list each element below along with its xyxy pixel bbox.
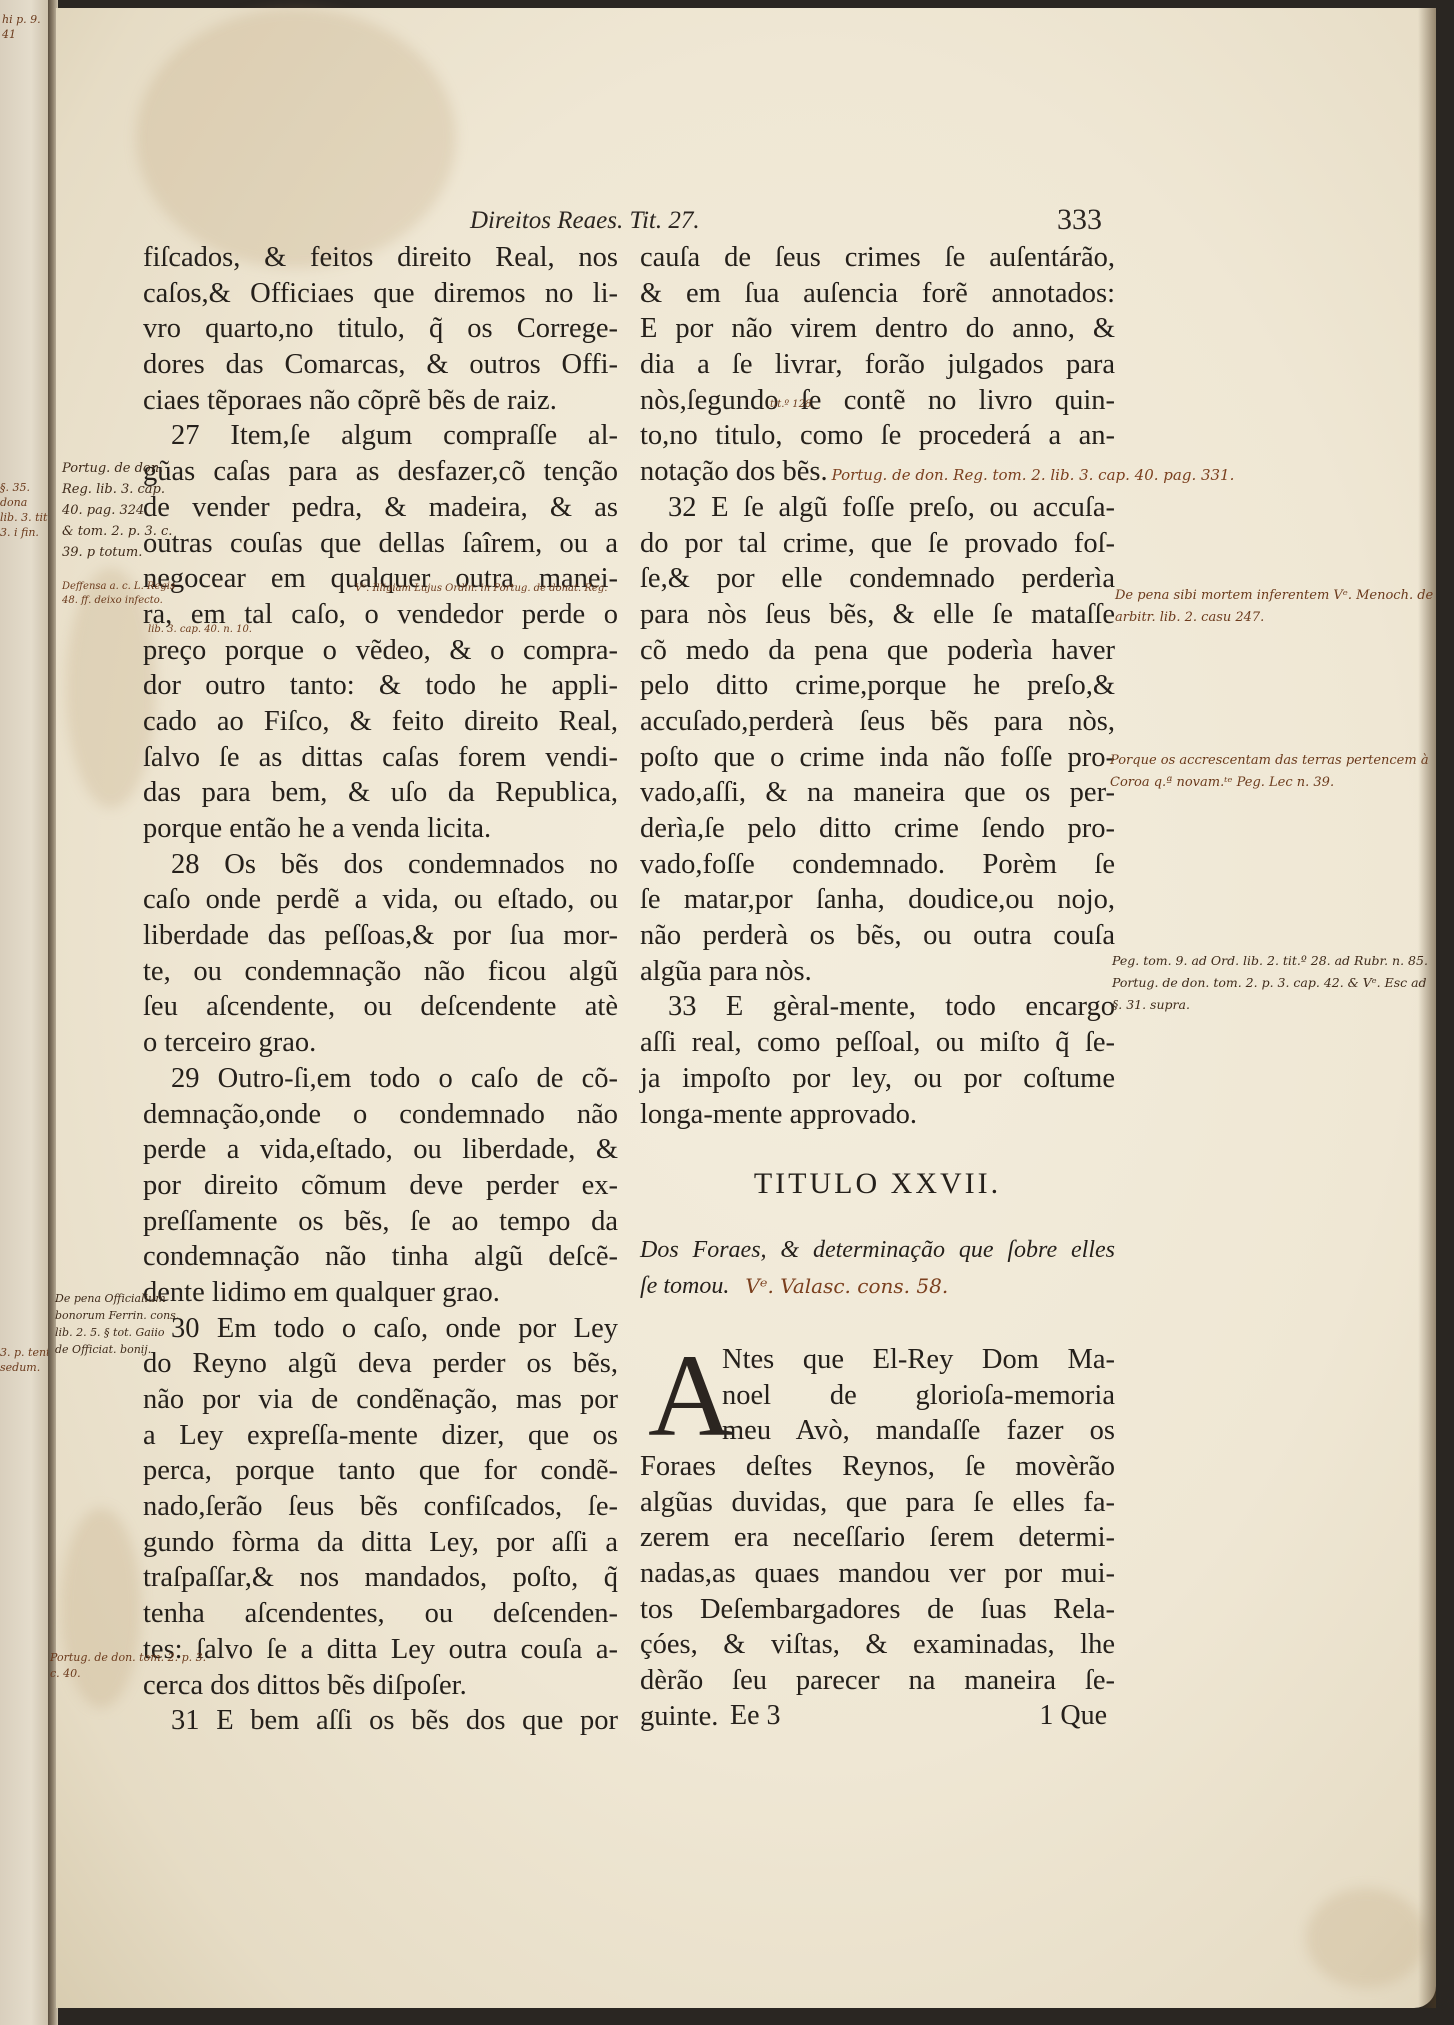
text-line: 33 E gèral-mente, todo encargo	[640, 989, 1115, 1025]
text-line-content: Ntes que El-Rey Dom Ma-	[722, 1344, 1115, 1375]
text-line: notação dos bẽs.Portug. de don. Reg. tom…	[640, 454, 1115, 490]
text-line: & em ſua auſencia forẽ annotados:	[640, 276, 1115, 312]
text-line: perde a vida,eſtado, ou liberdade, &	[143, 1132, 618, 1168]
text-line-content: noel de glorioſa-memoria	[722, 1380, 1115, 1411]
margin-note-inline-left-2b: lib. 3. cap. 40. n. 10.	[148, 620, 252, 640]
text-line-content: ſeu aſcendente, ou deſcendente atè	[143, 991, 618, 1022]
text-line: 32 E ſe algũ foſſe preſo, ou accuſa-	[640, 490, 1115, 526]
text-line: nadas,as quaes mandou ver por mui-	[640, 1556, 1115, 1592]
text-line-content: dia a ſe livrar, forão julgados para	[640, 349, 1115, 380]
text-line: tes: ſalvo ſe a ditta Ley outra couſa a-	[143, 1632, 618, 1668]
text-line-content: outras couſas que dellas ſaîrem, ou a	[143, 528, 618, 559]
text-line: derìa,ſe pelo ditto crime ſendo pro-	[640, 811, 1115, 847]
margin-note-inline-title: tit.º 128.	[770, 395, 815, 415]
text-line-content: perca, porque tanto que for condẽ-	[143, 1455, 618, 1486]
text-line: algũas duvidas, que para ſe elles fa-	[640, 1485, 1115, 1521]
text-line: accuſado,perderà ſeus bẽs para nòs,	[640, 704, 1115, 740]
text-line-content: aſſi real, como peſſoal, ou miſto q̃ ſe-	[640, 1027, 1115, 1058]
text-line-content: tos Deſembargadores de ſuas Rela-	[640, 1594, 1115, 1625]
text-line-content: 30 Em todo o caſo, onde por Ley	[171, 1313, 618, 1344]
margin-note-left-4: De pena Officialium bonorum Ferrin. cons…	[55, 1290, 179, 1358]
text-line: tos Deſembargadores de ſuas Rela-	[640, 1592, 1115, 1628]
text-line: ſalvo ſe as dittas caſas forem vendi-	[143, 740, 618, 776]
text-line-content: das para bem, & uſo da Republica,	[143, 777, 618, 808]
text-line-content: ſe matar,por ſanha, doudice,ou nojo,	[640, 884, 1115, 915]
text-line-content: não por via de condẽnação, mas por	[143, 1384, 618, 1415]
text-line-content: ſalvo ſe as dittas caſas forem vendi-	[143, 742, 618, 773]
text-line: 29 Outro-ſi,em todo o caſo de cõ-	[143, 1061, 618, 1097]
margin-note-inline-left-2a: Vᵉ. Illigiam Lujus Ordin. in Portug. de …	[355, 579, 607, 599]
text-line: perca, porque tanto que for condẽ-	[143, 1453, 618, 1489]
text-line-content: dèrão ſeu parecer na maneira ſe-	[640, 1665, 1115, 1696]
text-line-content: zerem era neceſſario ſerem determi-	[640, 1522, 1115, 1553]
text-line-content: vado,aſſi, & na maneira que os per-	[640, 777, 1115, 808]
section-heading: TITULO XXVII.	[640, 1166, 1115, 1206]
text-line-content: 28 Os bẽs dos condemnados no	[171, 849, 618, 880]
text-line-content: o terceiro grao.	[143, 1027, 316, 1058]
text-line-content: do Reyno algũ deva perder os bẽs,	[143, 1348, 618, 1379]
subtitle-handwritten-note: Vᵉ. Valasc. cons. 58.	[745, 1274, 948, 1298]
margin-note-left-3: Deffensa a. c. L. Regis 48. ff. deixo in…	[62, 580, 175, 608]
text-line-content: demnação,onde o condemnado não	[143, 1099, 618, 1130]
text-line: gũas caſas para as desfazer,cõ tenção	[143, 454, 618, 490]
text-line-content: dor outro tanto: & todo he appli-	[143, 670, 618, 701]
text-line-content: algũa para nòs.	[640, 956, 812, 987]
text-line-content: preſſamente os bẽs, ſe ao tempo da	[143, 1206, 618, 1237]
text-line: ſeu aſcendente, ou deſcendente atè	[143, 989, 618, 1025]
text-line: demnação,onde o condemnado não	[143, 1097, 618, 1133]
text-line: não por via de condẽnação, mas por	[143, 1382, 618, 1418]
text-line-content: dente lidimo em qualquer grao.	[143, 1277, 500, 1308]
text-line-content: pelo ditto crime,porque he preſo,&	[640, 670, 1115, 701]
text-line: longa-mente approvado.	[640, 1097, 1115, 1133]
text-line: dia a ſe livrar, forão julgados para	[640, 347, 1115, 383]
text-line-content: tes: ſalvo ſe a ditta Ley outra couſa a-	[143, 1634, 618, 1665]
text-line: dores das Comarcas, & outros Offi-	[143, 347, 618, 383]
text-line: não perderà os bẽs, ou outra couſa	[640, 918, 1115, 954]
water-stain	[1306, 1888, 1426, 1988]
text-line: te, ou condemnação não ficou algũ	[143, 954, 618, 990]
previous-page-note-1: §. 35. dona lib. 3. tit. 3. i fin.	[0, 480, 51, 540]
text-line-content: vro quarto,no titulo, q̃ os Correge-	[143, 313, 618, 344]
left-text-column: fiſcados, & feitos direito Real, noscaſo…	[143, 240, 618, 1739]
text-line-content: traſpaſſar,& nos mandados, poſto, q̃	[143, 1562, 618, 1593]
text-line-content: 29 Outro-ſi,em todo o caſo de cõ-	[171, 1063, 618, 1094]
text-line-content: caſos,& Officiaes que diremos no li-	[143, 278, 618, 309]
text-line-content: ja impoſto por ley, ou por coſtume	[640, 1063, 1115, 1094]
text-line: dor outro tanto: & todo he appli-	[143, 668, 618, 704]
margin-note-right-2: Porque os accrescentam das terras perten…	[1110, 750, 1429, 794]
text-line: o terceiro grao.	[143, 1025, 618, 1061]
text-line: cerca dos dittos bẽs diſpoſer.	[143, 1668, 618, 1704]
text-line: ja impoſto por ley, ou por coſtume	[640, 1061, 1115, 1097]
text-line: vro quarto,no titulo, q̃ os Correge-	[143, 311, 618, 347]
text-line: traſpaſſar,& nos mandados, poſto, q̃	[143, 1560, 618, 1596]
text-line-content: gundo fòrma da ditta Ley, por aſſi a	[143, 1527, 618, 1558]
signature-mark: Ee 3	[730, 1700, 781, 1732]
text-line: caſo onde perdẽ a vida, ou eſtado, ou	[143, 882, 618, 918]
text-line-content: meu Avò, mandaſſe fazer os	[722, 1415, 1115, 1446]
text-line: E por não virem dentro do anno, &	[640, 311, 1115, 347]
section-subtitle: Dos Foraes, & determinação que ſobre ell…	[640, 1234, 1115, 1302]
text-line-content: accuſado,perderà ſeus bẽs para nòs,	[640, 706, 1115, 737]
text-line-content: nado,ſerão ſeus bẽs confiſcados, ſe-	[143, 1491, 618, 1522]
text-line-content: do por tal crime, que ſe provado foſ-	[640, 528, 1115, 559]
text-line: cauſa de ſeus crimes ſe auſentárão,	[640, 240, 1115, 276]
text-line: porque então he a venda licita.	[143, 811, 618, 847]
text-line: do Reyno algũ deva perder os bẽs,	[143, 1346, 618, 1382]
text-line-content: cõ medo da pena que poderìa haver	[640, 635, 1115, 666]
text-line: de vender pedra, & madeira, & as	[143, 490, 618, 526]
text-line-content: caſo onde perdẽ a vida, ou eſtado, ou	[143, 884, 618, 915]
text-line-content: dores das Comarcas, & outros Offi-	[143, 349, 618, 380]
text-line: 27 Item,ſe algum compraſſe al-	[143, 418, 618, 454]
text-line-content: de vender pedra, & madeira, & as	[143, 492, 618, 523]
text-line: poſto que o crime inda não foſſe pro-	[640, 740, 1115, 776]
page-footer: Ee 3 1 Que	[640, 1700, 1115, 1740]
text-line: liberdade das peſſoas,& por ſua mor-	[143, 918, 618, 954]
text-line: a Ley expreſſa-mente dizer, que os	[143, 1418, 618, 1454]
text-line-content: ſe,& por elle condemnado perderìa	[640, 563, 1115, 594]
text-line: 28 Os bẽs dos condemnados no	[143, 847, 618, 883]
text-line-content: algũas duvidas, que para ſe elles fa-	[640, 1487, 1115, 1518]
inline-handwritten-note: Portug. de don. Reg. tom. 2. lib. 3. cap…	[832, 466, 1235, 484]
text-line: ſe matar,por ſanha, doudice,ou nojo,	[640, 882, 1115, 918]
text-line-content: longa-mente approvado.	[640, 1099, 917, 1130]
text-line: to,no titulo, como ſe procederá a an-	[640, 418, 1115, 454]
text-line-content: a Ley expreſſa-mente dizer, que os	[143, 1420, 618, 1451]
text-line: vado,aſſi, & na maneira que os per-	[640, 775, 1115, 811]
water-stain	[136, 8, 456, 268]
running-head: Direitos Reaes. Tit. 27. 333	[470, 205, 1110, 241]
text-line-content: não perderà os bẽs, ou outra couſa	[640, 920, 1115, 951]
text-line-content: vado,foſſe condemnado. Porèm ſe	[640, 849, 1115, 880]
page-number: 333	[1057, 203, 1102, 237]
text-line-content: to,no titulo, como ſe procederá a an-	[640, 420, 1115, 451]
previous-page-note-top: hi p. 9. 41	[2, 12, 52, 42]
margin-note-left-1: Portug. de don. Reg. lib. 3. cap. 40. pa…	[62, 458, 172, 563]
text-line-content: te, ou condemnação não ficou algũ	[143, 956, 618, 987]
text-line-content: poſto que o crime inda não foſſe pro-	[640, 742, 1115, 773]
catchword: 1 Que	[1039, 1700, 1107, 1732]
text-line: nòs,ſegundo ſe contẽ no livro quin-	[640, 383, 1115, 419]
text-line-content: perde a vida,eſtado, ou liberdade, &	[143, 1134, 618, 1165]
text-line: çóes, & viſtas, & examinadas, lhe	[640, 1627, 1115, 1663]
text-line-content: cado ao Fiſco, & feito direito Real,	[143, 706, 618, 737]
text-line: algũa para nòs.	[640, 954, 1115, 990]
text-line: das para bem, & uſo da Republica,	[143, 775, 618, 811]
text-line: outras couſas que dellas ſaîrem, ou a	[143, 526, 618, 562]
text-line-content: liberdade das peſſoas,& por ſua mor-	[143, 920, 618, 951]
text-line-content: tenha aſcendentes, ou deſcenden-	[143, 1598, 618, 1629]
text-line-content: gũas caſas para as desfazer,cõ tenção	[143, 456, 618, 487]
text-line-content: nadas,as quaes mandou ver por mui-	[640, 1558, 1115, 1589]
margin-note-right-3: Peg. tom. 9. ad Ord. lib. 2. tit.º 28. a…	[1112, 950, 1428, 1016]
text-line: aſſi real, como peſſoal, ou miſto q̃ ſe-	[640, 1025, 1115, 1061]
text-line: gundo fòrma da ditta Ley, por aſſi a	[143, 1525, 618, 1561]
previous-page-edge: hi p. 9. 41 §. 35. dona lib. 3. tit. 3. …	[0, 0, 52, 2025]
opening-paragraph: A Ntes que El-Rey Dom Ma-noel de glorioſ…	[640, 1342, 1115, 1735]
text-line-content: fiſcados, & feitos direito Real, nos	[143, 242, 618, 273]
text-line-content: condemnação não tinha algũ deſcẽ-	[143, 1241, 618, 1272]
text-line: fiſcados, & feitos direito Real, nos	[143, 240, 618, 276]
text-line-content: cauſa de ſeus crimes ſe auſentárão,	[640, 242, 1115, 273]
text-line: condemnação não tinha algũ deſcẽ-	[143, 1239, 618, 1275]
text-line: vado,foſſe condemnado. Porèm ſe	[640, 847, 1115, 883]
text-line: cõ medo da pena que poderìa haver	[640, 633, 1115, 669]
text-line: tenha aſcendentes, ou deſcenden-	[143, 1596, 618, 1632]
text-line-content: 33 E gèral-mente, todo encargo	[668, 991, 1115, 1022]
margin-note-right-1: De pena sibi mortem inferentem Vᵉ. Menoc…	[1115, 585, 1433, 629]
text-line-content: nòs,ſegundo ſe contẽ no livro quin-	[640, 385, 1115, 416]
text-line-content: ciaes tẽporaes não cõprẽ bẽs de raiz.	[143, 385, 557, 416]
text-line: caſos,& Officiaes que diremos no li-	[143, 276, 618, 312]
text-line-content: por direito cõmum deve perder ex-	[143, 1170, 618, 1201]
text-line-content: 31 E bem aſſi os bẽs dos que por	[171, 1705, 618, 1736]
text-line-content: çóes, & viſtas, & examinadas, lhe	[640, 1629, 1115, 1660]
text-line-content: notação dos bẽs.	[640, 456, 828, 487]
text-line: preſſamente os bẽs, ſe ao tempo da	[143, 1204, 618, 1240]
right-column-lines: cauſa de ſeus crimes ſe auſentárão,& em …	[640, 240, 1115, 1132]
text-line: 30 Em todo o caſo, onde por Ley	[143, 1311, 618, 1347]
text-line-content: porque então he a venda licita.	[143, 813, 491, 844]
text-line: do por tal crime, que ſe provado foſ-	[640, 526, 1115, 562]
text-line: nado,ſerão ſeus bẽs confiſcados, ſe-	[143, 1489, 618, 1525]
text-line: dèrão ſeu parecer na maneira ſe-	[640, 1663, 1115, 1699]
text-line: ciaes tẽporaes não cõprẽ bẽs de raiz.	[143, 383, 618, 419]
margin-note-left-5: Portug. de don. tom. 2. p. 3. c. 40.	[50, 1650, 206, 1682]
right-text-column: cauſa de ſeus crimes ſe auſentárão,& em …	[640, 240, 1115, 1734]
text-line-content: 32 E ſe algũ foſſe preſo, ou accuſa-	[668, 492, 1115, 523]
running-head-title: Direitos Reaes. Tit. 27.	[470, 207, 700, 235]
subtitle-line-2: ſe tomou.Vᵉ. Valasc. cons. 58.	[640, 1270, 1115, 1302]
text-line: zerem era neceſſario ſerem determi-	[640, 1520, 1115, 1556]
text-line-content: derìa,ſe pelo ditto crime ſendo pro-	[640, 813, 1115, 844]
text-line: para nòs ſeus bẽs, & elle ſe mataſſe	[640, 597, 1115, 633]
drop-cap: A	[648, 1346, 733, 1446]
text-line: dente lidimo em qualquer grao.	[143, 1275, 618, 1311]
previous-page-note-2: 3. p. tent sedum.	[0, 1345, 50, 1375]
text-line-content: para nòs ſeus bẽs, & elle ſe mataſſe	[640, 599, 1115, 630]
text-line: cado ao Fiſco, & feito direito Real,	[143, 704, 618, 740]
text-line: ſe,& por elle condemnado perderìa	[640, 561, 1115, 597]
text-line: por direito cõmum deve perder ex-	[143, 1168, 618, 1204]
subtitle-line-1: Dos Foraes, & determinação que ſobre ell…	[640, 1234, 1115, 1270]
text-line: pelo ditto crime,porque he preſo,&	[640, 668, 1115, 704]
text-line-content: E por não virem dentro do anno, &	[640, 313, 1115, 344]
text-line-content: 27 Item,ſe algum compraſſe al-	[171, 420, 618, 451]
text-line: 31 E bem aſſi os bẽs dos que por	[143, 1703, 618, 1739]
text-line-content: & em ſua auſencia forẽ annotados:	[640, 278, 1115, 309]
